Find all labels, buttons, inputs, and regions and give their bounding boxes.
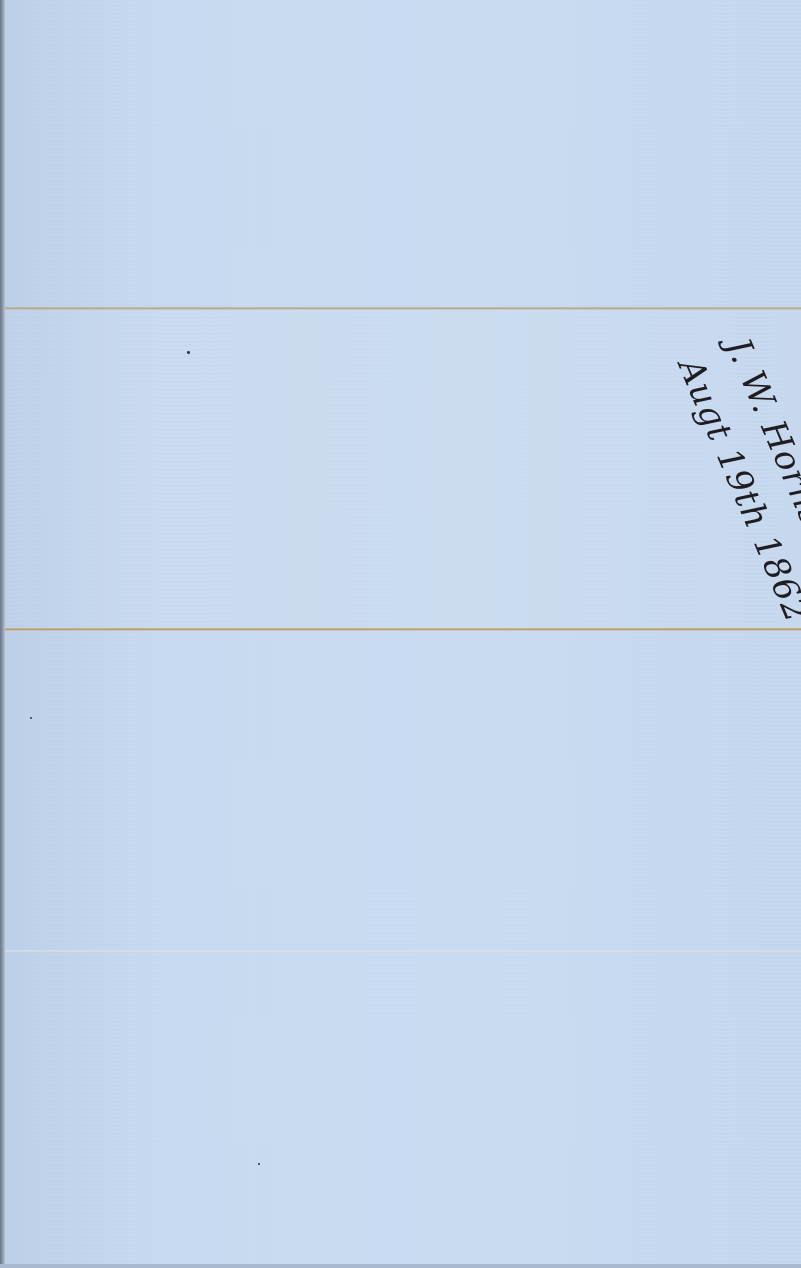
fold-line-lower bbox=[5, 950, 801, 952]
fold-line-upper bbox=[5, 307, 801, 310]
paper-bottom-edge bbox=[0, 1264, 801, 1268]
fold-line-middle bbox=[5, 628, 801, 631]
paper-left-edge bbox=[0, 0, 5, 1268]
ink-speck bbox=[30, 717, 32, 719]
ink-speck bbox=[258, 1163, 260, 1165]
ink-speck bbox=[187, 351, 190, 354]
document-page: J. W. Hornsby Augt 19th 1862 bbox=[0, 0, 801, 1268]
